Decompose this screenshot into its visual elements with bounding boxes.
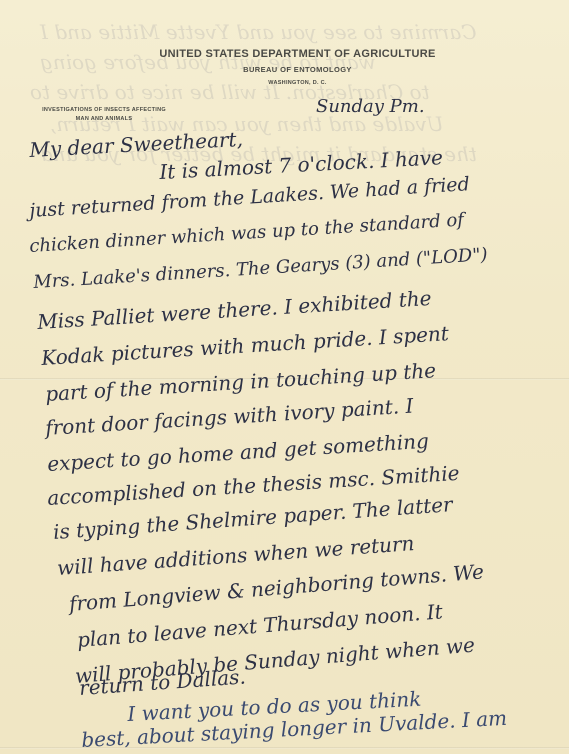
letter-date: Sunday Pm.	[316, 96, 425, 117]
letter-page: Carmine to see you and Yvette Mittie and…	[0, 0, 569, 754]
bleed-line: Carmine to see you and Yvette Mittie and…	[40, 20, 477, 44]
letterhead-bureau: BUREAU OF ENTOMOLOGY	[26, 65, 569, 74]
letterhead-title: UNITED STATES DEPARTMENT OF AGRICULTURE	[26, 48, 569, 60]
division-line-1: INVESTIGATIONS OF INSECTS AFFECTING	[34, 106, 174, 115]
division-line-2: MAN AND ANIMALS	[34, 115, 174, 124]
letterhead: UNITED STATES DEPARTMENT OF AGRICULTURE …	[0, 48, 569, 86]
letterhead-division: INVESTIGATIONS OF INSECTS AFFECTING MAN …	[34, 106, 174, 124]
letterhead-location: WASHINGTON, D. C.	[26, 80, 569, 86]
